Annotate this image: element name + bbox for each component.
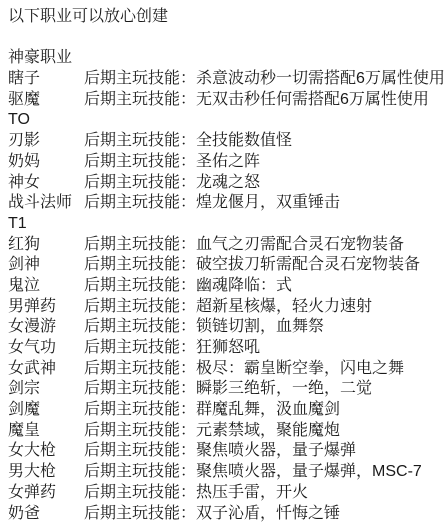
- class-row: 神女后期主玩技能：龙魂之怒: [8, 173, 444, 194]
- skill-text: 破空拔刀斩需配合灵石宠物装备: [196, 256, 420, 273]
- skill-text: 聚焦喷火器，量子爆弹，MSC-7: [196, 463, 422, 480]
- section-header: 神豪职业: [8, 48, 444, 69]
- class-row: 女气功后期主玩技能：狂狮怒吼: [8, 338, 444, 359]
- skill-label: 后期主玩技能：: [84, 318, 196, 335]
- section-header: TO: [8, 110, 444, 131]
- skill-label: 后期主玩技能：: [84, 422, 196, 439]
- skill-text: 聚焦喷火器，量子爆弹: [196, 442, 356, 459]
- class-row: 女弹药后期主玩技能：热压手雷，开火: [8, 483, 444, 504]
- class-name: 剑魔: [8, 400, 84, 421]
- class-name: 女漫游: [8, 317, 84, 338]
- class-row: 红狗后期主玩技能：血气之刃需配合灵石宠物装备: [8, 235, 444, 256]
- skill-label: 后期主玩技能：: [84, 505, 196, 522]
- skill-text: 幽魂降临：式: [196, 277, 292, 294]
- class-name: 神女: [8, 173, 84, 194]
- document-body: 以下职业可以放心创建 神豪职业 瞎子后期主玩技能：杀意波动秒一切需搭配6万属性使…: [0, 0, 448, 532]
- skill-label: 后期主玩技能：: [84, 132, 196, 149]
- skill-label: 后期主玩技能：: [84, 442, 196, 459]
- skill-label: 后期主玩技能：: [84, 91, 196, 108]
- class-row: 战斗法师后期主玩技能：煌龙偃月，双重锤击: [8, 193, 444, 214]
- class-row: 瞎子后期主玩技能：杀意波动秒一切需搭配6万属性使用: [8, 69, 444, 90]
- class-name: 红狗: [8, 235, 84, 256]
- skill-label: 后期主玩技能：: [84, 174, 196, 191]
- class-row: 剑宗后期主玩技能：瞬影三绝斩，一绝，二觉: [8, 379, 444, 400]
- skill-label: 后期主玩技能：: [84, 194, 196, 211]
- class-row: 女漫游后期主玩技能：锁链切割，血舞祭: [8, 317, 444, 338]
- class-name: 奶妈: [8, 152, 84, 173]
- class-name: 剑神: [8, 255, 84, 276]
- class-row: 奶爸后期主玩技能：双子沁盾，忏悔之锤: [8, 504, 444, 525]
- skill-text: 煌龙偃月，双重锤击: [196, 194, 340, 211]
- class-row: 男弹药后期主玩技能：超新星核爆，轻火力速射: [8, 297, 444, 318]
- class-row: 男大枪后期主玩技能：聚焦喷火器，量子爆弹，MSC-7: [8, 462, 444, 483]
- skill-label: 后期主玩技能：: [84, 360, 196, 377]
- skill-text: 无双击秒任何需搭配6万属性使用: [196, 91, 429, 108]
- skill-text: 龙魂之怒: [196, 174, 260, 191]
- skill-label: 后期主玩技能：: [84, 463, 196, 480]
- class-name: 瞎子: [8, 69, 84, 90]
- skill-text: 血气之刃需配合灵石宠物装备: [196, 236, 404, 253]
- skill-text: 超新星核爆，轻火力速射: [196, 298, 372, 315]
- blank-line: [8, 28, 444, 49]
- skill-text: 群魔乱舞，汲血魔剑: [196, 401, 340, 418]
- class-name: 女气功: [8, 338, 84, 359]
- class-row: 剑神后期主玩技能：破空拔刀斩需配合灵石宠物装备: [8, 255, 444, 276]
- class-row: 刃影后期主玩技能：全技能数值怪: [8, 131, 444, 152]
- class-name: 女武神: [8, 359, 84, 380]
- skill-label: 后期主玩技能：: [84, 236, 196, 253]
- class-name: 女弹药: [8, 483, 84, 504]
- class-name: 驱魔: [8, 90, 84, 111]
- class-row: 魔皇后期主玩技能：元素禁域，聚能魔炮: [8, 421, 444, 442]
- skill-label: 后期主玩技能：: [84, 298, 196, 315]
- class-name: 男弹药: [8, 297, 84, 318]
- class-name: 女大枪: [8, 441, 84, 462]
- class-name: 刃影: [8, 131, 84, 152]
- class-row: 鬼泣后期主玩技能：幽魂降临：式: [8, 276, 444, 297]
- skill-text: 热压手雷，开火: [196, 484, 308, 501]
- skill-text: 全技能数值怪: [196, 132, 292, 149]
- class-name: 奶爸: [8, 504, 84, 525]
- class-row: 女大枪后期主玩技能：聚焦喷火器，量子爆弹: [8, 441, 444, 462]
- class-row: 剑魔后期主玩技能：群魔乱舞，汲血魔剑: [8, 400, 444, 421]
- skill-label: 后期主玩技能：: [84, 256, 196, 273]
- class-name: 剑宗: [8, 379, 84, 400]
- skill-text: 双子沁盾，忏悔之锤: [196, 505, 340, 522]
- class-row: 女武神后期主玩技能：极尽：霸皇断空拳，闪电之舞: [8, 359, 444, 380]
- skill-label: 后期主玩技能：: [84, 380, 196, 397]
- class-name: 战斗法师: [8, 193, 84, 214]
- class-name: 鬼泣: [8, 276, 84, 297]
- skill-label: 后期主玩技能：: [84, 339, 196, 356]
- section-header: T1: [8, 214, 444, 235]
- class-name: 男大枪: [8, 462, 84, 483]
- skill-text: 杀意波动秒一切需搭配6万属性使用: [196, 70, 445, 87]
- skill-text: 狂狮怒吼: [196, 339, 260, 356]
- skill-text: 圣佑之阵: [196, 153, 260, 170]
- skill-label: 后期主玩技能：: [84, 70, 196, 87]
- class-row: 奶妈后期主玩技能：圣佑之阵: [8, 152, 444, 173]
- skill-text: 锁链切割，血舞祭: [196, 318, 324, 335]
- skill-label: 后期主玩技能：: [84, 401, 196, 418]
- skill-label: 后期主玩技能：: [84, 484, 196, 501]
- skill-text: 元素禁域，聚能魔炮: [196, 422, 340, 439]
- skill-label: 后期主玩技能：: [84, 153, 196, 170]
- skill-text: 极尽：霸皇断空拳，闪电之舞: [196, 360, 404, 377]
- skill-text: 瞬影三绝斩，一绝，二觉: [196, 380, 372, 397]
- skill-label: 后期主玩技能：: [84, 277, 196, 294]
- doc-title-line: 以下职业可以放心创建: [8, 7, 444, 28]
- class-name: 魔皇: [8, 421, 84, 442]
- class-row: 驱魔后期主玩技能：无双击秒任何需搭配6万属性使用: [8, 90, 444, 111]
